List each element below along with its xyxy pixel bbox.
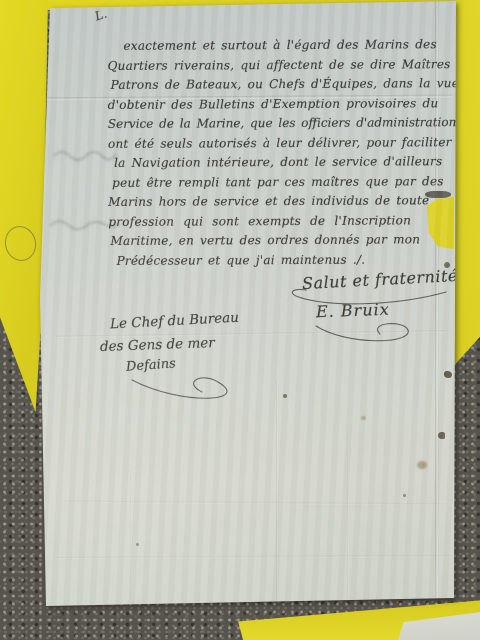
handwritten-line: peut être rempli tant par ces maîtres qu… xyxy=(112,172,460,193)
handwritten-line: exactement et surtout à l'égard des Mari… xyxy=(123,35,459,56)
horizontal-crease xyxy=(66,501,446,507)
speck xyxy=(361,416,366,420)
vertical-crease xyxy=(276,380,279,602)
handwritten-line: Service de la Marine, que les officiers … xyxy=(108,113,460,134)
letter-body: exactement et surtout à l'égard des Mari… xyxy=(107,35,460,271)
handwritten-line: Maritime, en vertu des ordres donnés par… xyxy=(110,230,460,251)
letter-document: L. exactement et surtout à l'égard des M… xyxy=(36,0,460,614)
signature-flourish xyxy=(308,318,428,348)
vertical-crease xyxy=(347,430,350,602)
speck xyxy=(136,543,139,546)
office-title-line2: des Gens de mer xyxy=(100,335,215,355)
handwritten-line: Quartiers riverains, qui affectent de se… xyxy=(107,55,459,76)
handwritten-line: d'obtenir des Bulletins d'Exemption prov… xyxy=(108,94,460,115)
vertical-crease xyxy=(130,470,133,602)
handwritten-line: la Navigation intérieure, dont le servic… xyxy=(114,152,460,173)
ink-stain xyxy=(438,432,445,439)
signature-flourish xyxy=(122,372,262,408)
handwritten-line: Marins hors de service et des individus … xyxy=(108,191,460,212)
handwritten-line: Patrons de Bateaux, ou Chefs d'Équipes, … xyxy=(111,74,460,95)
speck xyxy=(403,494,406,497)
photo-scene: L. exactement et surtout à l'égard des M… xyxy=(0,0,480,640)
brown-stain xyxy=(417,461,427,469)
handwritten-line: profession qui sont exempts de l'Inscrip… xyxy=(108,211,460,232)
pen-mark: L. xyxy=(93,7,109,24)
letter-paper: L. exactement et surtout à l'égard des M… xyxy=(36,0,460,614)
ink-stain xyxy=(444,371,452,378)
horizontal-crease xyxy=(56,555,451,560)
handwritten-line: ont été seuls autorisés à leur délivrer,… xyxy=(108,133,460,154)
speck xyxy=(283,394,287,398)
office-title-line1: Le Chef du Bureau xyxy=(110,310,240,333)
